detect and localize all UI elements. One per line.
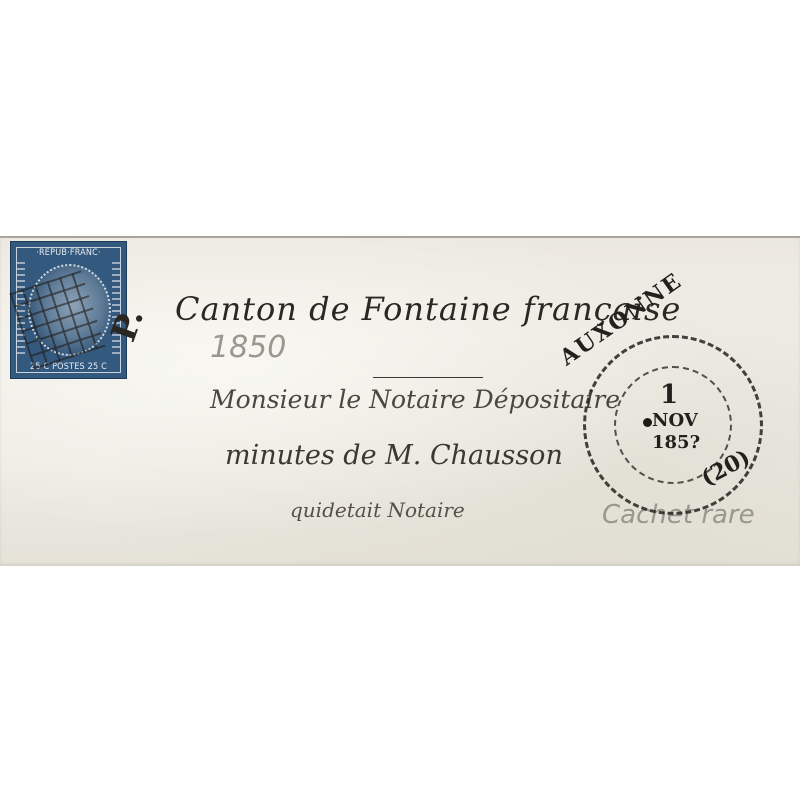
stamp-value-text: 25 C POSTES 25 C: [11, 362, 126, 372]
pencil-year-note: 1850: [210, 330, 286, 365]
postmark-dot: [643, 418, 652, 427]
stamp-top-text: ·REPUB·FRANC·: [11, 248, 126, 258]
postmark-day: 1: [660, 380, 678, 410]
postmark-year: 185?: [652, 432, 700, 453]
address-line-minutes: minutes de M. Chausson: [225, 440, 563, 471]
address-underline: [373, 377, 483, 378]
address-line-notaire: quidetait Notaire: [290, 498, 465, 522]
postmark-month: NOV: [652, 410, 698, 431]
address-line-recipient: Monsieur le Notaire Dépositaire: [210, 385, 620, 414]
